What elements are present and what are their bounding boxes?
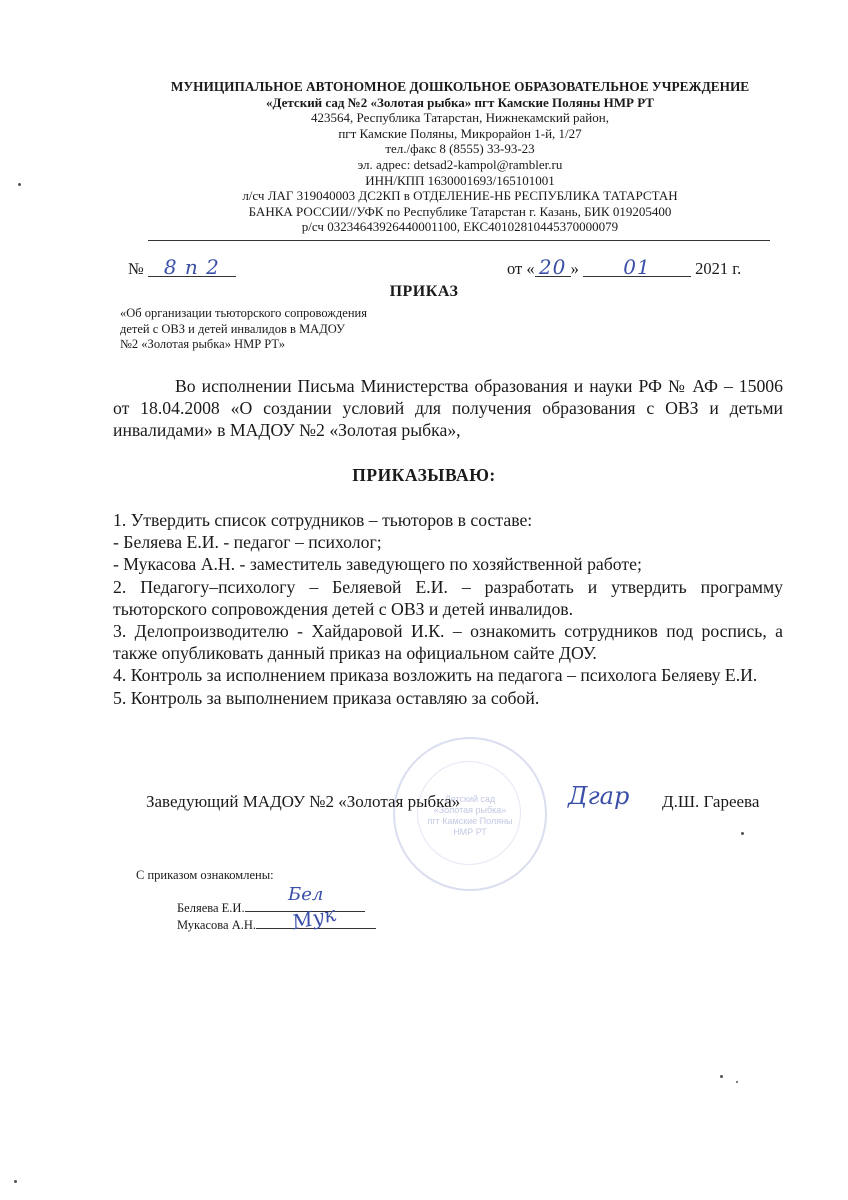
order-item: 3. Делопроизводителю - Хайдаровой И.К. –…	[113, 620, 783, 664]
scan-speck	[720, 1075, 723, 1078]
acknowledgement-row: Мукасова А.Н.	[177, 916, 376, 933]
order-item: - Беляева Е.И. - педагог – психолог;	[113, 531, 783, 553]
stamp-text-line: пгт Камские Поляны	[395, 816, 545, 827]
scan-speck	[741, 832, 744, 835]
order-item: 2. Педагогу–психологу – Беляевой Е.И. – …	[113, 576, 783, 620]
inn-kpp: ИНН/КПП 1630001693/165101001	[140, 173, 780, 189]
document-title: ПРИКАЗ	[0, 283, 848, 301]
director-signature: Дгар	[568, 782, 629, 810]
date-day: 20	[535, 258, 571, 277]
letterhead-divider	[148, 240, 770, 241]
phone: тел./факс 8 (8555) 33-93-23	[140, 141, 780, 157]
number-label: №	[128, 259, 144, 278]
preamble: Во исполнении Письма Министерства образо…	[113, 375, 783, 442]
stamp-text-line: НМР РТ	[395, 827, 545, 838]
account-line-2: БАНКА РОССИИ//УФК по Республике Татарста…	[140, 204, 780, 220]
order-item: 5. Контроль за выполнением приказа остав…	[113, 687, 783, 709]
org-name: МУНИЦИПАЛЬНОЕ АВТОНОМНОЕ ДОШКОЛЬНОЕ ОБРА…	[140, 79, 780, 95]
address-line-2: пгт Камские Поляны, Микрорайон 1-й, 1/27	[140, 126, 780, 142]
order-item: 1. Утвердить список сотрудников – тьютор…	[113, 509, 783, 531]
number-value: 8 п 2	[148, 258, 236, 277]
date-sep: »	[571, 259, 579, 278]
scan-speck	[736, 1081, 738, 1083]
subject-line: №2 «Золотая рыбка» НМР РТ»	[120, 337, 450, 353]
email: эл. адрес: detsad2-kampol@rambler.ru	[140, 157, 780, 173]
letterhead: МУНИЦИПАЛЬНОЕ АВТОНОМНОЕ ДОШКОЛЬНОЕ ОБРА…	[140, 79, 780, 235]
signer-name: Д.Ш. Гареева	[662, 792, 759, 812]
account-line-3: р/сч 03234643926440001100, ЕКС4010281044…	[140, 219, 780, 235]
order-date: от «20» 01 2021 г.	[507, 258, 741, 279]
ack-signature-1: Бел	[288, 884, 323, 905]
address-line-1: 423564, Республика Татарстан, Нижнекамск…	[140, 110, 780, 126]
acknowledgement-label: С приказом ознакомлены:	[136, 868, 274, 883]
order-item: 4. Контроль за исполнением приказа возло…	[113, 664, 783, 686]
scan-speck	[18, 183, 21, 186]
official-stamp: Детский сад «Золотая рыбка» пгт Камские …	[393, 737, 547, 891]
order-number: № 8 п 2	[128, 258, 236, 279]
subject-line: детей с ОВЗ и детей инвалидов в МАДОУ	[120, 322, 450, 338]
order-items: 1. Утвердить список сотрудников – тьютор…	[113, 509, 783, 709]
order-subject: «Об организации тьюторского сопровождени…	[120, 306, 450, 353]
ack-name: Беляева Е.И.	[177, 901, 245, 915]
subject-line: «Об организации тьюторского сопровождени…	[120, 306, 450, 322]
date-prefix: от «	[507, 259, 535, 278]
scan-speck	[14, 1180, 17, 1183]
date-year: 2021 г.	[695, 259, 741, 278]
account-line-1: л/сч ЛАГ 319040003 ДС2КП в ОТДЕЛЕНИЕ-НБ …	[140, 188, 780, 204]
date-month: 01	[583, 258, 691, 277]
order-item: - Мукасова А.Н. - заместитель заведующег…	[113, 553, 783, 575]
acknowledgement-row: Беляева Е.И.	[177, 899, 365, 916]
ack-name: Мукасова А.Н.	[177, 918, 256, 932]
signer-position: Заведующий МАДОУ №2 «Золотая рыбка»	[146, 792, 460, 812]
org-short-name: «Детский сад №2 «Золотая рыбка» пгт Камс…	[140, 95, 780, 111]
directive-heading: ПРИКАЗЫВАЮ:	[0, 465, 848, 486]
